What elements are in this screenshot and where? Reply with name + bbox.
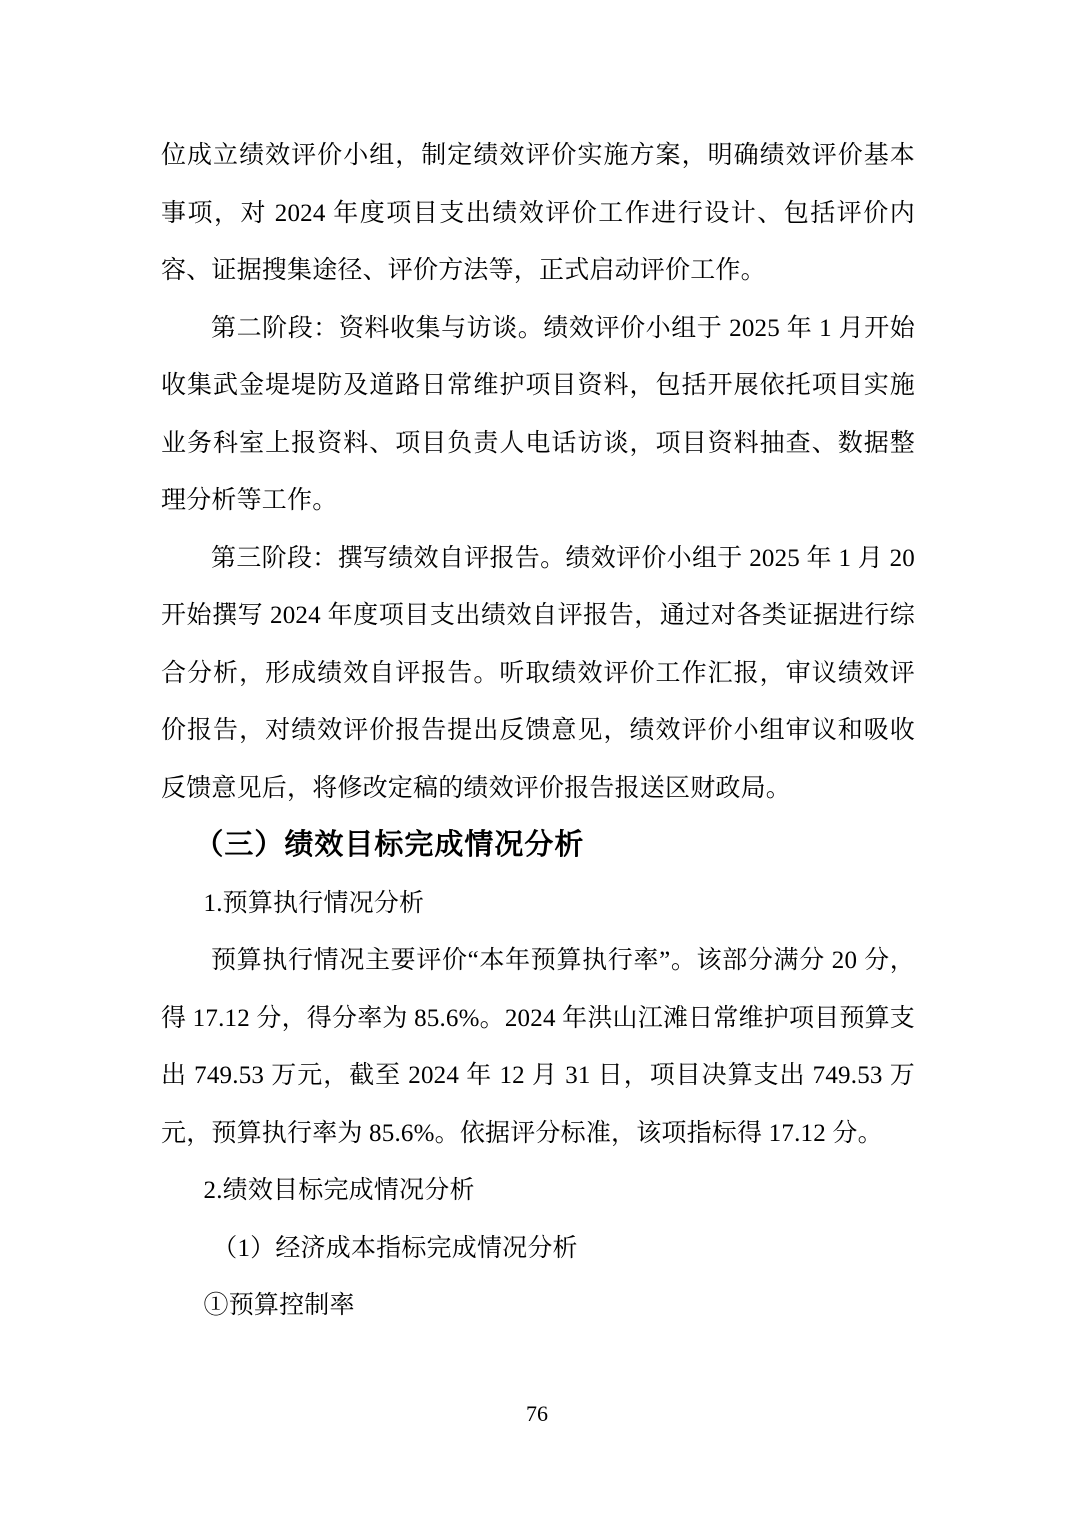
numbered-item-2: 2.绩效目标完成情况分析 — [161, 1162, 915, 1220]
numbered-item-circle1: ①预算控制率 — [161, 1277, 915, 1335]
body-paragraph-budget-execution: 预算执行情况主要评价“本年预算执行率”。该部分满分 20 分，得 17.12 分… — [161, 932, 915, 1162]
body-paragraph-stage2: 第二阶段：资料收集与访谈。绩效评价小组于 2025 年 1 月开始收集武金堤堤防… — [161, 300, 915, 530]
body-paragraph-stage3: 第三阶段：撰写绩效自评报告。绩效评价小组于 2025 年 1 月 20 开始撰写… — [161, 530, 915, 818]
body-paragraph-continuation: 位成立绩效评价小组，制定绩效评价实施方案，明确绩效评价基本事项，对 2024 年… — [161, 127, 915, 300]
document-page: 位成立绩效评价小组，制定绩效评价实施方案，明确绩效评价基本事项，对 2024 年… — [0, 0, 1074, 1520]
document-body: 位成立绩效评价小组，制定绩效评价实施方案，明确绩效评价基本事项，对 2024 年… — [161, 127, 915, 1335]
section-heading: （三）绩效目标完成情况分析 — [161, 817, 915, 875]
numbered-item-1: 1.预算执行情况分析 — [161, 875, 915, 933]
numbered-item-2-1: （1）经济成本指标完成情况分析 — [161, 1220, 915, 1278]
page-number: 76 — [0, 1399, 1074, 1429]
